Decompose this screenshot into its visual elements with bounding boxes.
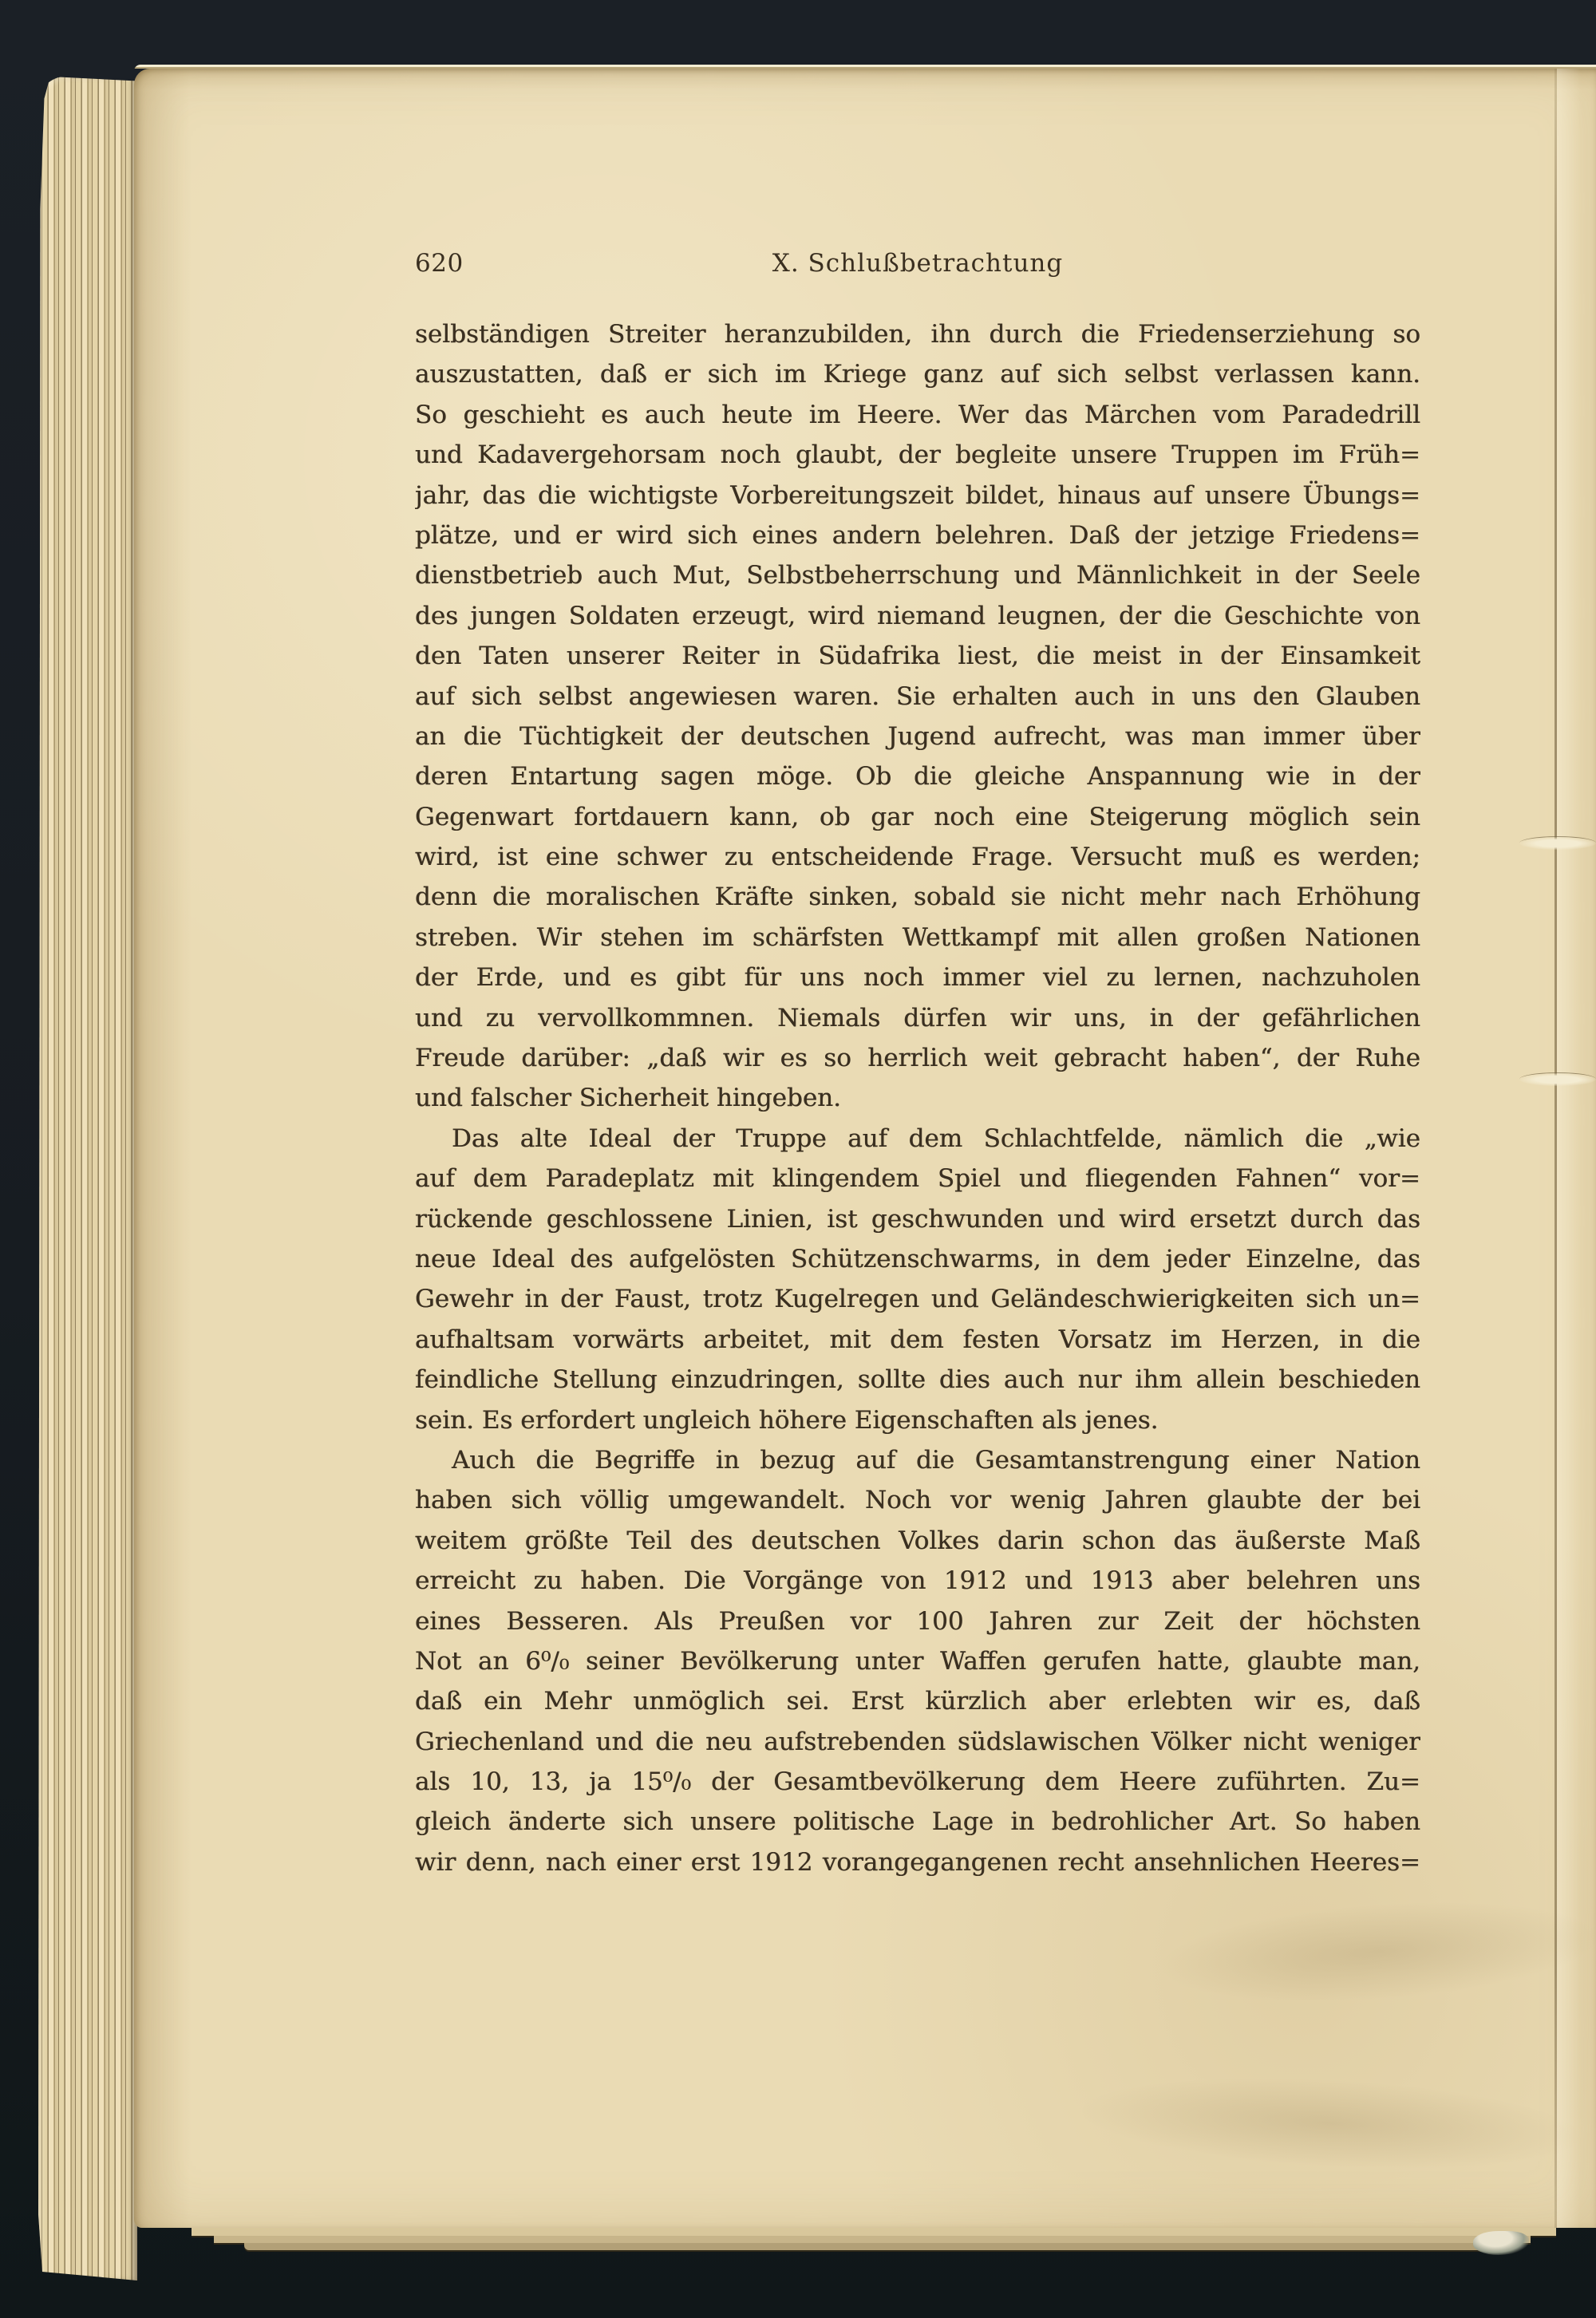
scanned-book-photo: 620 X. Schlußbetrachtung selbständigen S… bbox=[0, 0, 1596, 2318]
text-line: dienstbetrieb auch Mut, Selbstbeherrschu… bbox=[415, 555, 1420, 595]
text-line: deren Entartung sagen möge. Ob die gleic… bbox=[415, 756, 1420, 796]
text-line: an die Tüchtigkeit der deutschen Jugend … bbox=[415, 717, 1420, 756]
crease-tear bbox=[1519, 1072, 1596, 1086]
under-page-edge bbox=[192, 2228, 1556, 2236]
crease-highlight bbox=[1557, 69, 1596, 2228]
deckled-top-edge bbox=[134, 65, 1596, 71]
text-block: selbständigen Streiter heranzubilden, ih… bbox=[415, 314, 1420, 1882]
text-line: auf sich selbst angewiesen waren. Sie er… bbox=[415, 677, 1420, 717]
crease-tear bbox=[1519, 836, 1596, 850]
under-page-edge bbox=[244, 2243, 1497, 2250]
torn-corner-highlight bbox=[1473, 2231, 1529, 2255]
text-line: erreicht zu haben. Die Vorgänge von 1912… bbox=[415, 1561, 1420, 1601]
text-line: Gewehr in der Faust, trotz Kugelregen un… bbox=[415, 1279, 1420, 1319]
text-line: auf dem Paradeplatz mit klingendem Spiel… bbox=[415, 1159, 1420, 1198]
book-page: 620 X. Schlußbetrachtung selbständigen S… bbox=[134, 69, 1596, 2228]
text-line: als 10, 13, ja 15⁰/₀ der Gesamtbevölkeru… bbox=[415, 1762, 1420, 1802]
text-line: So geschieht es auch heute im Heere. Wer… bbox=[415, 395, 1420, 435]
text-line: und falscher Sicherheit hingeben. bbox=[415, 1078, 1420, 1118]
paper-wrinkle bbox=[1152, 1889, 1596, 2016]
text-line: auszustatten, daß er sich im Kriege ganz… bbox=[415, 354, 1420, 394]
text-line: und zu vervollkommnen. Niemals dürfen wi… bbox=[415, 998, 1420, 1038]
chapter-heading: X. Schlußbetrachtung bbox=[415, 249, 1420, 278]
text-line: plätze, und er wird sich eines andern be… bbox=[415, 515, 1420, 555]
under-page-edge bbox=[214, 2236, 1531, 2243]
text-line: sein. Es erfordert ungleich höhere Eigen… bbox=[415, 1400, 1420, 1440]
text-line: Freude darüber: „daß wir es so herrlich … bbox=[415, 1038, 1420, 1078]
text-line: wir denn, nach einer erst 1912 vorangega… bbox=[415, 1842, 1420, 1882]
text-line: Gegenwart fortdauern kann, ob gar noch e… bbox=[415, 797, 1420, 837]
text-line: jahr, das die wichtigste Vorbereitungsze… bbox=[415, 476, 1420, 515]
text-line: weitem größte Teil des deutschen Volkes … bbox=[415, 1521, 1420, 1561]
text-line: streben. Wir stehen im schärfsten Wettka… bbox=[415, 918, 1420, 958]
text-line: der Erde, und es gibt für uns noch immer… bbox=[415, 958, 1420, 997]
paper-wrinkle bbox=[1074, 2066, 1589, 2180]
text-line: den Taten unserer Reiter in Südafrika li… bbox=[415, 636, 1420, 676]
text-line: daß ein Mehr unmöglich sei. Erst kürzlic… bbox=[415, 1681, 1420, 1721]
text-line: eines Besseren. Als Preußen vor 100 Jahr… bbox=[415, 1601, 1420, 1641]
text-line: und Kadavergehorsam noch glaubt, der beg… bbox=[415, 435, 1420, 475]
text-line: selbständigen Streiter heranzubilden, ih… bbox=[415, 314, 1420, 354]
text-line: Auch die Begriffe in bezug auf die Gesam… bbox=[415, 1440, 1420, 1480]
text-line: feindliche Stellung einzudringen, sollte… bbox=[415, 1360, 1420, 1400]
text-line: Griechenland und die neu aufstrebenden s… bbox=[415, 1722, 1420, 1762]
text-line: des jungen Soldaten erzeugt, wird nieman… bbox=[415, 596, 1420, 636]
text-line: rückende geschlossene Linien, ist geschw… bbox=[415, 1199, 1420, 1239]
text-line: aufhaltsam vorwärts arbeitet, mit dem fe… bbox=[415, 1320, 1420, 1360]
text-line: haben sich völlig umgewandelt. Noch vor … bbox=[415, 1480, 1420, 1520]
page-edge-stack bbox=[38, 77, 137, 2280]
text-line: Das alte Ideal der Truppe auf dem Schlac… bbox=[415, 1119, 1420, 1159]
text-line: wird, ist eine schwer zu entscheidende F… bbox=[415, 837, 1420, 877]
text-line: denn die moralischen Kräfte sinken, soba… bbox=[415, 877, 1420, 917]
text-line: neue Ideal des aufgelösten Schützenschwa… bbox=[415, 1239, 1420, 1279]
text-line: Not an 6⁰/₀ seiner Bevölkerung unter Waf… bbox=[415, 1641, 1420, 1681]
text-line: gleich änderte sich unsere politische La… bbox=[415, 1802, 1420, 1842]
page-header: 620 X. Schlußbetrachtung bbox=[415, 249, 1420, 286]
